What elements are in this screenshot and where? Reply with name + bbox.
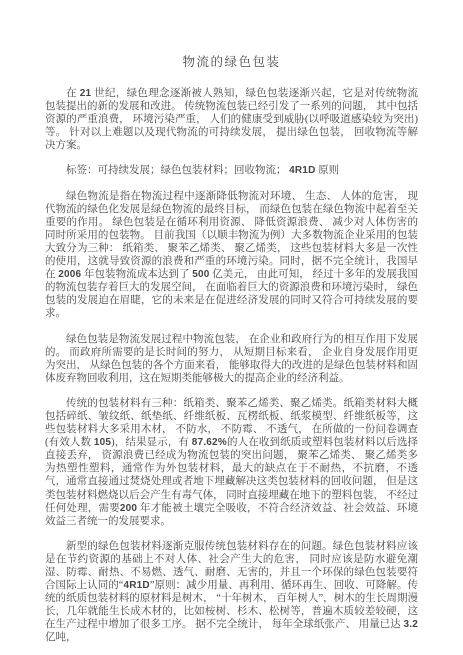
latin-text: 3.2 bbox=[403, 619, 418, 630]
body-paragraph-2: 绿色包装是物流发展过程中物流包装， 在企业和政府行为的相互作用下发展的。 而政府… bbox=[45, 333, 418, 385]
latin-text: 500 bbox=[192, 269, 209, 280]
latin-text: 105 bbox=[94, 437, 111, 448]
body-paragraph-3: 传统的包装材料有三种：纸箱类、聚苯乙烯类、聚乙烯类。纸箱类材料大概包括碎纸、皱纹… bbox=[45, 397, 418, 528]
intro-paragraph: 在 21 世纪，绿色理念逐渐被人熟知，绿色包装逐渐兴起，它是对传统物流包装提出的… bbox=[45, 87, 418, 152]
latin-text: 4R1D bbox=[123, 580, 149, 591]
document-title: 物流的绿色包装 bbox=[45, 52, 418, 70]
latin-text: 200 bbox=[120, 503, 137, 514]
latin-text: 87.62% bbox=[192, 437, 227, 448]
body-paragraph-4: 新型的绿色包装材料逐渐克服传统包装材料存在的问题。绿色包装材料应该是在节约资源的… bbox=[45, 540, 418, 645]
latin-text: 4R1D bbox=[289, 165, 315, 176]
latin-text: 21 bbox=[80, 88, 92, 99]
body-paragraph-1: 绿色物流是指在物流过程中逐渐降低物流对环境、 生态、 人体的危害， 现代物流的绿… bbox=[45, 190, 418, 321]
tags-line: 标签：可持续发展；绿色包装材料；回收物流； 4R1D 原则 bbox=[45, 164, 418, 177]
document-page: 物流的绿色包装 在 21 世纪，绿色理念逐渐被人熟知，绿色包装逐渐兴起，它是对传… bbox=[0, 0, 463, 655]
latin-text: 2006 bbox=[58, 269, 81, 280]
